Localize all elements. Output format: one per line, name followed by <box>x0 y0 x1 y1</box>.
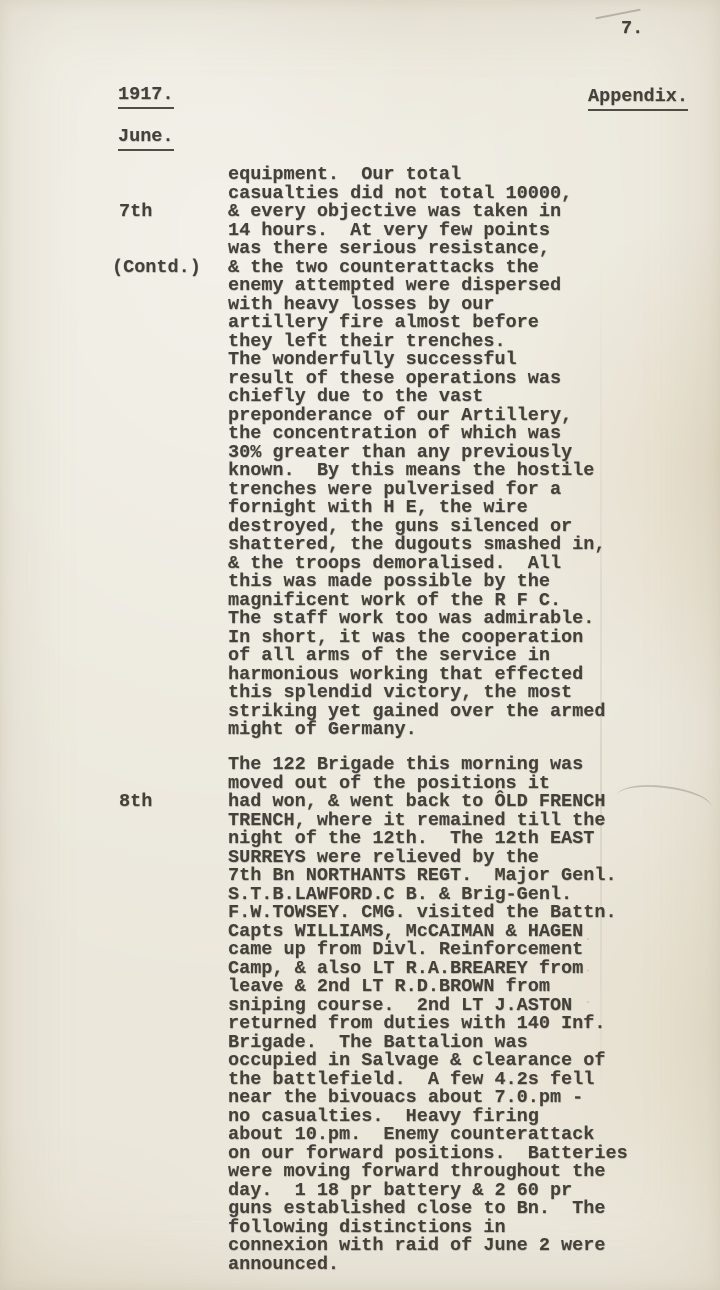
entry-date-label: 7th (Contd.) <box>112 166 228 314</box>
entry-body-text: equipment. Our total casualties did not … <box>228 166 703 740</box>
diary-entry-7th: 7th (Contd.) equipment. Our total casual… <box>112 166 703 740</box>
entry-body-text: The 122 Brigade this morning was moved o… <box>228 756 703 1274</box>
year-heading: 1917. <box>118 86 174 109</box>
entry-date: 8th <box>112 793 228 812</box>
page-number: 7. <box>621 20 643 39</box>
entry-date-label: 8th <box>112 756 228 886</box>
diary-entry-8th: 8th The 122 Brigade this morning was mov… <box>112 756 703 1274</box>
entry-date-continued: (Contd.) <box>112 259 228 278</box>
appendix-heading: Appendix. <box>588 88 688 111</box>
month-heading: June. <box>118 128 174 151</box>
document-sheet: 7. 1917. Appendix. June. 7th (Contd.) eq… <box>0 0 720 1290</box>
entry-date: 7th <box>112 203 228 222</box>
